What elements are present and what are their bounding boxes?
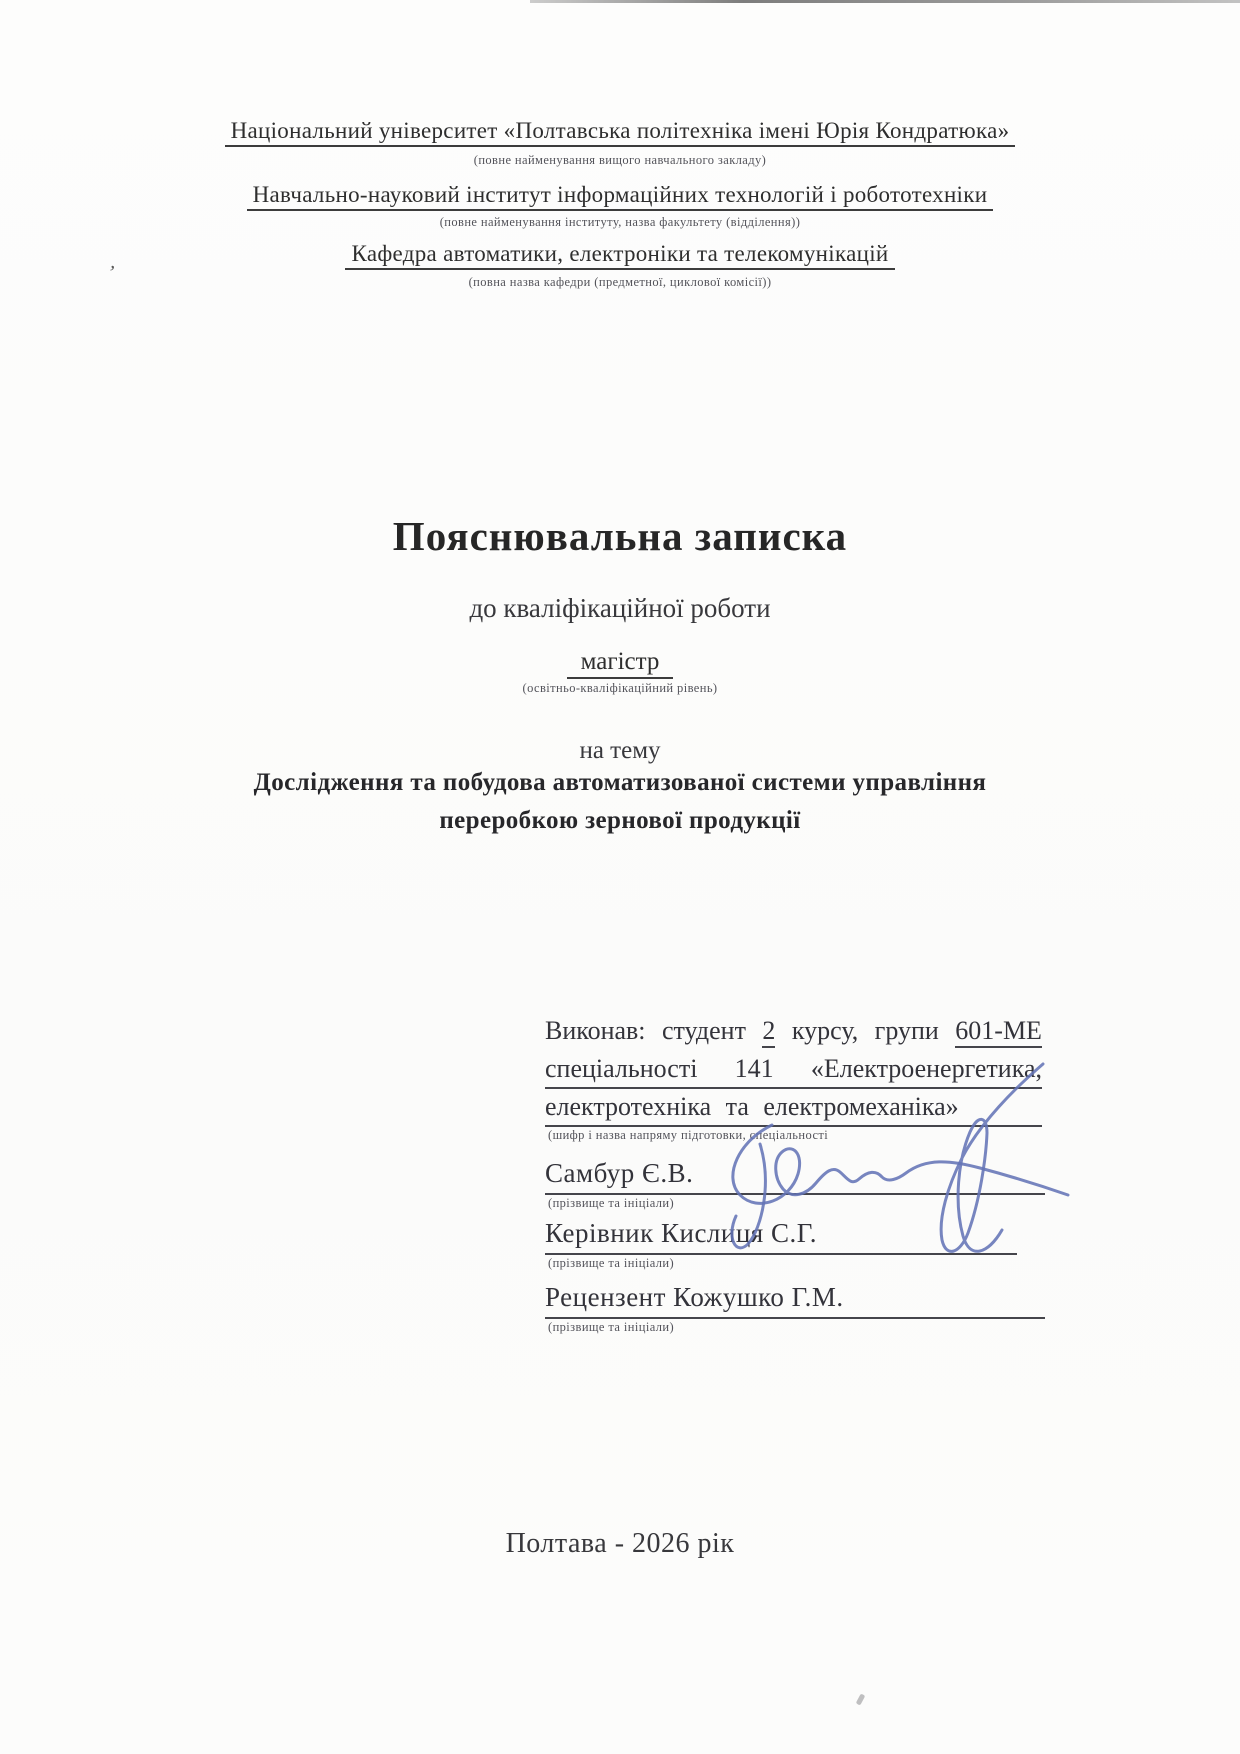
theme-label: на тему — [0, 737, 1240, 765]
executor-word: Виконав: — [545, 1016, 646, 1046]
executor-word: спеціальності — [545, 1054, 697, 1084]
reviewer-name: Рецензент Кожушко Г.М. — [545, 1282, 844, 1312]
supervisor-name-caption: (прізвище та ініціали) — [548, 1256, 674, 1271]
theme-line2: переробкою зернової продукції — [0, 807, 1240, 835]
executor-line2: спеціальності 141 «Електроенергетика, — [545, 1054, 1042, 1089]
footer-city-year: Полтава - 2026 рік — [0, 1528, 1240, 1560]
specialty-caption: (шифр і назва напряму підготовки, спеціа… — [548, 1128, 828, 1143]
department-name: Кафедра автоматики, електроніки та телек… — [0, 241, 1240, 270]
executor-word: 141 — [735, 1054, 774, 1084]
supervisor-name-line: Керівник Кислиця С.Г. — [545, 1218, 1017, 1255]
department-name-text: Кафедра автоматики, електроніки та телек… — [345, 241, 894, 270]
university-caption: (повне найменування вищого навчального з… — [0, 153, 1240, 168]
degree-level: магістр — [0, 648, 1240, 679]
document-page: Національний університет «Полтавська пол… — [0, 0, 1240, 1754]
scan-artifact-top — [530, 0, 1240, 3]
department-caption: (повна назва кафедри (предметної, циклов… — [0, 275, 1240, 290]
page-title: Пояснювальна записка — [0, 512, 1240, 560]
reviewer-name-caption: (прізвище та ініціали) — [548, 1320, 674, 1335]
reviewer-name-line: Рецензент Кожушко Г.М. — [545, 1282, 1045, 1319]
executor-word: студент — [662, 1016, 746, 1046]
institute-name: Навчально-науковий інститут інформаційни… — [0, 182, 1240, 211]
executor-group: 601-МЕ — [955, 1016, 1042, 1048]
institute-caption: (повне найменування інституту, назва фак… — [0, 215, 1240, 230]
student-name-line: Самбур Є.В. — [545, 1158, 1045, 1195]
university-name: Національний університет «Полтавська пол… — [0, 118, 1240, 147]
degree-level-text: магістр — [567, 648, 674, 679]
executor-line1: Виконав: студент 2 курсу, групи 601-МЕ — [545, 1016, 1042, 1048]
supervisor-name: Керівник Кислиця С.Г. — [545, 1218, 817, 1248]
student-name-caption: (прізвище та ініціали) — [548, 1196, 674, 1211]
institute-name-text: Навчально-науковий інститут інформаційни… — [247, 182, 994, 211]
executor-word: «Електроенергетика, — [811, 1054, 1042, 1084]
executor-line3: електротехніка та електромеханіка» — [545, 1092, 1042, 1127]
executor-word: групи — [875, 1016, 939, 1046]
scan-speck — [856, 1693, 866, 1705]
student-name: Самбур Є.В. — [545, 1158, 693, 1188]
executor-course: 2 — [762, 1016, 775, 1048]
theme-line1: Дослідження та побудова автоматизованої … — [0, 769, 1240, 797]
page-subtitle: до кваліфікаційної роботи — [0, 593, 1240, 624]
executor-word: курсу, — [792, 1016, 858, 1046]
university-name-text: Національний університет «Полтавська пол… — [225, 118, 1016, 147]
degree-caption: (освітньо-кваліфікаційний рівень) — [0, 681, 1240, 696]
